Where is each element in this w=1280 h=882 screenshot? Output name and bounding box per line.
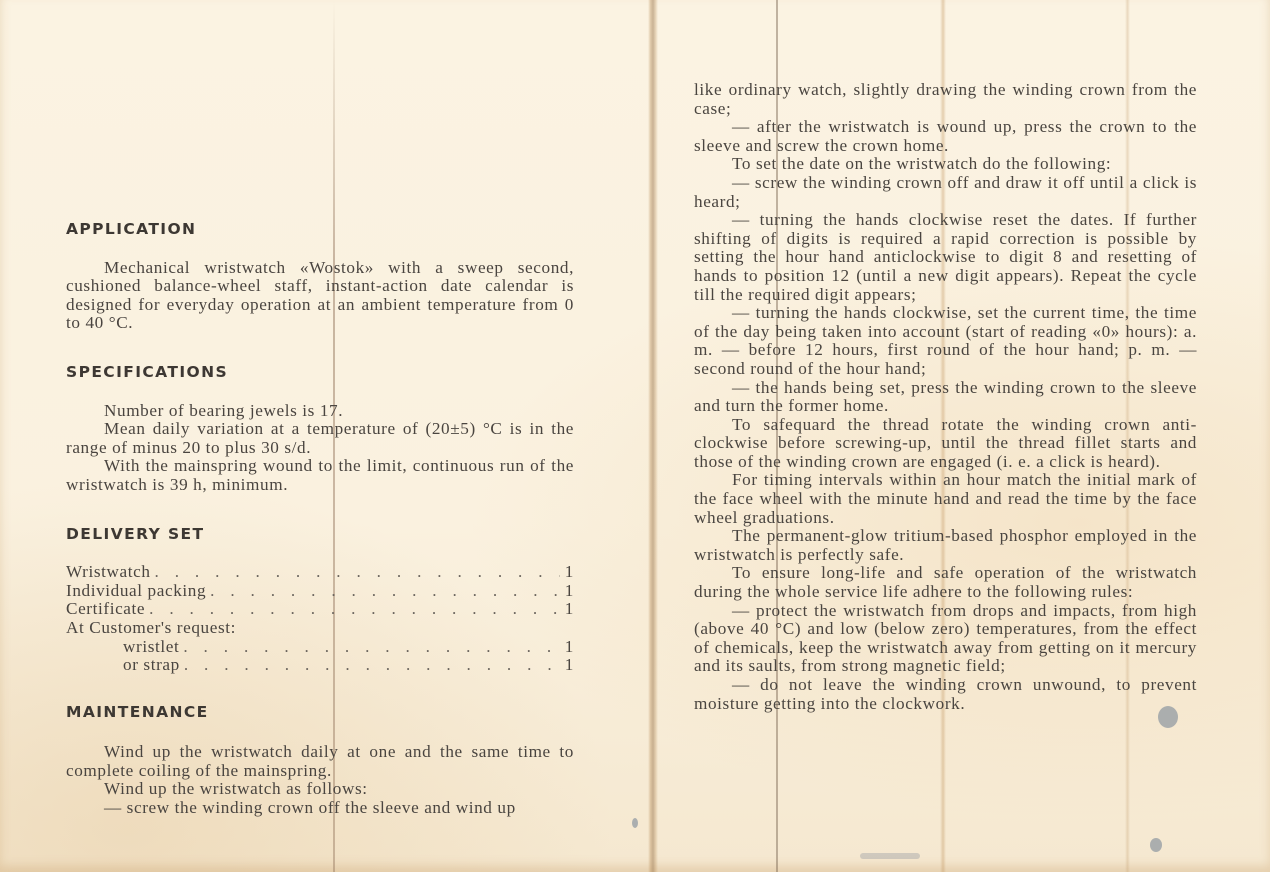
item-label: Certificate <box>66 600 145 619</box>
leader-dots: . . . . . . . . . . . . . . . . . . . . … <box>183 638 560 657</box>
winding-step: — after the wristwatch is wound up, pres… <box>694 118 1197 155</box>
delivery-item: Certificate . . . . . . . . . . . . . . … <box>66 600 574 619</box>
rule-item: — protect the wristwatch from drops and … <box>694 602 1197 676</box>
timing-intervals-text: For timing intervals within an hour matc… <box>694 471 1197 527</box>
smudge <box>860 853 920 859</box>
spec-daily-variation: Mean daily variation at a temperature of… <box>66 420 574 457</box>
left-page: APPLICATION Mechanical wristwatch «Wosto… <box>66 220 574 818</box>
item-label: or strap <box>123 656 180 675</box>
ink-blot <box>1150 838 1162 852</box>
section-delivery-set: DELIVERY SET Wristwatch . . . . . . . . … <box>66 525 574 675</box>
spec-power-reserve: With the mainspring wound to the limit, … <box>66 457 574 494</box>
section-specifications: SPECIFICATIONS Number of bearing jewels … <box>66 363 574 495</box>
heading-maintenance: MAINTENANCE <box>66 703 574 722</box>
time-setting-step: — the hands being set, press the winding… <box>694 379 1197 416</box>
heading-specifications: SPECIFICATIONS <box>66 363 574 382</box>
delivery-item-optional: wristlet . . . . . . . . . . . . . . . .… <box>66 638 574 657</box>
date-setting-step: — turning the hands clockwise reset the … <box>694 211 1197 304</box>
item-label: Wristwatch <box>66 563 151 582</box>
section-application: APPLICATION Mechanical wristwatch «Wosto… <box>66 220 574 333</box>
section-maintenance: MAINTENANCE Wind up the wristwatch daily… <box>66 703 574 818</box>
heading-delivery-set: DELIVERY SET <box>66 525 574 544</box>
leader-dots: . . . . . . . . . . . . . . . . . . . . … <box>210 582 560 601</box>
ink-blot <box>632 818 638 828</box>
delivery-item: Individual packing . . . . . . . . . . .… <box>66 582 574 601</box>
right-page: like ordinary watch, slightly drawing th… <box>694 81 1197 713</box>
date-setting-step: — screw the winding crown off and draw i… <box>694 174 1197 211</box>
delivery-item-optional: or strap . . . . . . . . . . . . . . . .… <box>66 656 574 675</box>
application-text: Mechanical wristwatch «Wostok» with a sw… <box>66 259 574 333</box>
continued-text: like ordinary watch, slightly drawing th… <box>694 81 1197 118</box>
item-qty: 1 <box>564 563 574 582</box>
maintenance-step: — screw the winding crown off the sleeve… <box>66 799 574 818</box>
item-qty: 1 <box>564 600 574 619</box>
date-setting-intro: To set the date on the wristwatch do the… <box>694 155 1197 174</box>
heading-application: APPLICATION <box>66 220 574 239</box>
leader-dots: . . . . . . . . . . . . . . . . . . . . … <box>155 563 560 582</box>
thread-safeguard-text: To safequard the thread rotate the windi… <box>694 416 1197 472</box>
item-qty: 1 <box>564 582 574 601</box>
delivery-item: Wristwatch . . . . . . . . . . . . . . .… <box>66 563 574 582</box>
maintenance-text: Wind up the wristwatch daily at one and … <box>66 743 574 780</box>
center-fold <box>648 0 658 872</box>
instruction-leaflet: APPLICATION Mechanical wristwatch «Wosto… <box>0 0 1270 872</box>
spec-jewels: Number of bearing jewels is 17. <box>66 402 574 421</box>
customer-request-label: At Customer's request: <box>66 619 574 638</box>
leader-dots: . . . . . . . . . . . . . . . . . . . . … <box>149 600 560 619</box>
item-label: Individual packing <box>66 582 206 601</box>
rules-intro: To ensure long-life and safe operation o… <box>694 564 1197 601</box>
item-qty: 1 <box>564 656 574 675</box>
item-label: wristlet <box>123 638 179 657</box>
time-setting-step: — turning the hands clockwise, set the c… <box>694 304 1197 378</box>
item-qty: 1 <box>564 638 574 657</box>
phosphor-text: The permanent-glow tritium-based phospho… <box>694 527 1197 564</box>
leader-dots: . . . . . . . . . . . . . . . . . . . . … <box>184 656 560 675</box>
maintenance-text: Wind up the wristwatch as follows: <box>66 780 574 799</box>
rule-item: — do not leave the winding crown unwound… <box>694 676 1197 713</box>
